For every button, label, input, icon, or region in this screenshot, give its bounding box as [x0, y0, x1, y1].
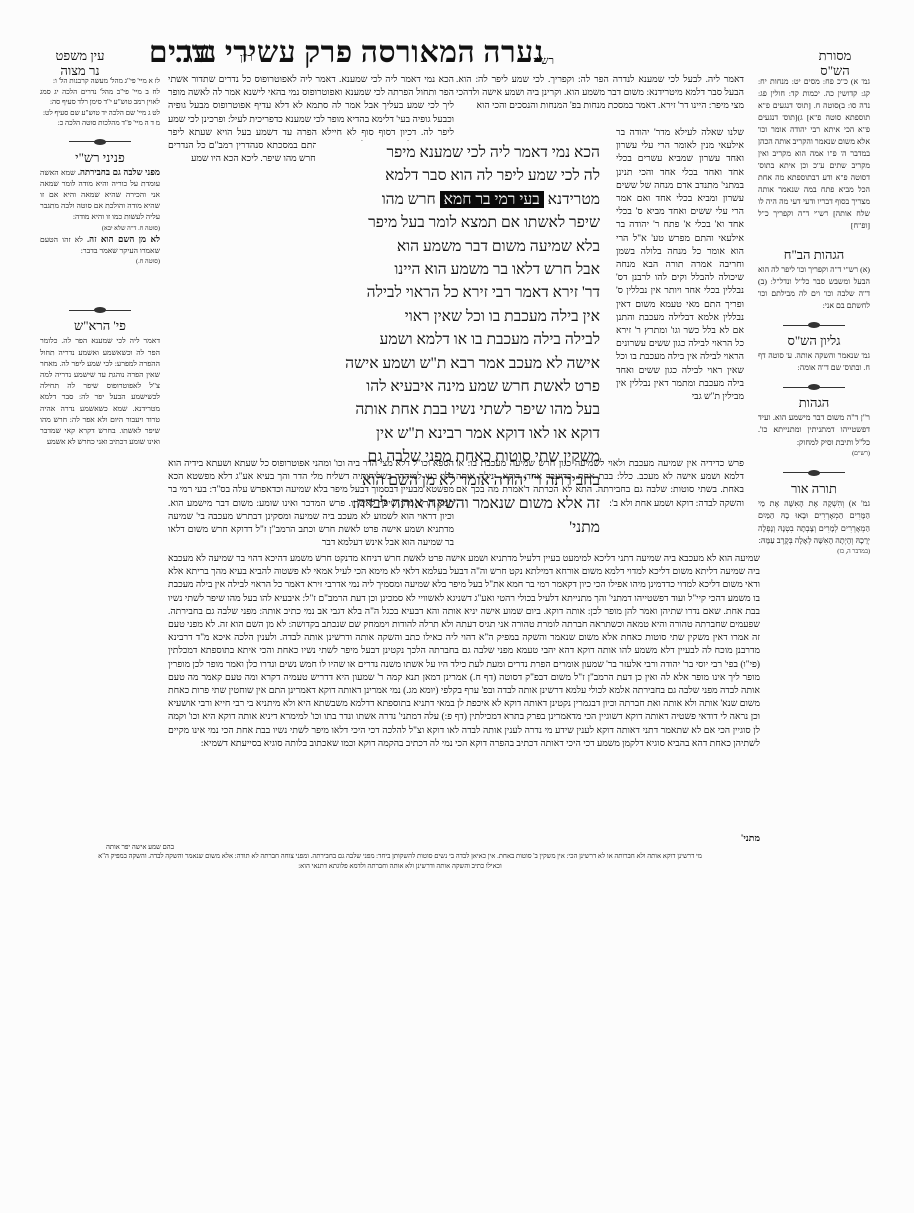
gemara-line: שיפר לאשתו אם תמצא לומר בעל מיפר [316, 211, 600, 234]
pi-harosh-title: פי' הרא"ש [40, 317, 160, 335]
pninei-lemma: מפני שלבה גם בחבירתה. [78, 167, 160, 177]
rashi-column: שלנו שאלה לעילא מדר' יהודה בר אילעאי מני… [616, 127, 744, 404]
gemara-word: מטרידנא [548, 191, 600, 208]
ein-mishpat-entry: לח ב מיי' פי"ב מהל' נדרים הלכה יג סמג לא… [40, 87, 160, 108]
ein-mishpat-entry: לט ג מיי' שם הלכה יד טוש"ע שם סעיף לט: [40, 108, 160, 119]
ein-mishpat-title-line1: עין משפט [40, 48, 120, 63]
footnote-line1: מי דרשינן דוקא אותה ולא חברותה או לא דרש… [44, 852, 756, 862]
pi-harosh-text: דאמר ליה לכי שמענא הפר לה. כלומר הפר לה … [40, 335, 160, 447]
hagahot-habach-title: הגהות הב"ח [758, 246, 870, 264]
gemara-line: בעל מהו שיפר לשתי נשיו בבת אחת אותה [316, 398, 600, 421]
masoret-hashas-title: מסורת הש"ס [800, 48, 870, 78]
gemara-word: חרש מהו [382, 191, 436, 208]
ran-tag: ר"ן [240, 52, 253, 64]
gemara-line: אבל חרש דלאו בר משמע הוא היינו [316, 258, 600, 281]
gemara-line: לה לכי שמע ליפר לה הוא סבר דלמא [316, 164, 600, 187]
torah-or-text: גמ' א) וְהִשְׁקָה אֶת הָאִשָּׁה אֶת מֵי … [758, 498, 870, 548]
ran-full-width-block: שמיעה הוא לא מעכבא ביה שמיעה דתני דליכא … [168, 553, 760, 833]
gemara-line: דוקא או לאו דוקא אמר רבינא ת"ש אין [316, 422, 600, 445]
ornament-divider-icon [783, 322, 845, 328]
hagahot-source: (רש"ם) [758, 449, 870, 460]
gemara-line: פרט לאשת חרש שמע מינה איבעיא להו [316, 375, 600, 398]
pninei-rashi-entry: לא מן השם הוא זה. לא זהו הטעם שאמרו העיק… [40, 234, 160, 268]
ein-mishpat-title: עין משפט נר מצוה [40, 48, 120, 78]
gemara-line: אין בילה מעכבת בו וכל שאין ראוי [316, 305, 600, 328]
footnote-line2: וכאילו כתיב והשקה אותה ודרשינן ולא אותה … [44, 862, 756, 872]
ornament-divider-icon [69, 139, 131, 145]
right-margin: גמ' א) כ"כ פח: מסים יט: מנחות יח: קג: קד… [758, 76, 870, 558]
gemara-line: אישה לא מעכב אמר רבא ת"ש ושמע אישה [316, 352, 600, 375]
pninei-source: (סוטה ח.) [40, 256, 160, 267]
gemara-line: דר' זירא דאמר רבי זירא כל הראוי לבילה [316, 281, 600, 304]
gemara-line: הכא נמי דאמר ליה לכי שמענא מיפר [316, 141, 600, 164]
pninei-rashi-title: פניני רש"י [40, 149, 160, 167]
hagahot-text: ר"ן ד"ה משום דבר מישמע הוא. ועיד דפשטייה… [758, 412, 870, 449]
ein-mishpat-entry: מ ד ה מיי' פ"ד מהלכות סוטה הלכה כ: [40, 118, 160, 129]
rashi-top-block: דאמר ליה. לבעל לכי שמענא לנדרה הפר לה: ו… [456, 74, 744, 114]
folio-number: עג. [175, 36, 211, 70]
gemara-line: בלא שמיעה משום דבר משמע הוא [316, 235, 600, 258]
ein-mishpat-entries: לז א מיי' פי"ג מהל' מעשה קרבנות הל' ו: ל… [40, 76, 160, 129]
ein-mishpat-entry: לז א מיי' פי"ג מהל' מעשה קרבנות הל' ו: [40, 76, 160, 87]
ornament-divider-icon [783, 384, 845, 390]
masoret-hashas-text: גמ' א) כ"כ פח: מסים יט: מנחות יח: קג: קד… [758, 76, 870, 232]
pninei-source: (סוטה ח. ד"ה שלא יבא) [40, 223, 160, 234]
torah-or-title: תורה אור [758, 480, 870, 498]
mathni-marker: מתני' [590, 833, 760, 846]
gilyon-hashas-title: גליון הש"ס [758, 332, 870, 350]
ran-middle-block: הספא וכו"ל דלא מצי הדר ביה וכו' ומהני אפ… [168, 458, 454, 550]
ornament-divider-icon [69, 307, 131, 313]
gilyon-hashas-text: גמ' שנאמר והשקה אותה. ע' סוטה דף ח. ובתו… [758, 350, 870, 374]
pninei-lemma: לא מן השם הוא זה. [87, 234, 160, 244]
gemara-line: מטרידנא בעי רמי בר חמא חרש מהו [316, 188, 600, 211]
left-margin: לז א מיי' פי"ג מהל' מעשה קרבנות הל' ו: ל… [40, 76, 160, 447]
highlighted-phrase[interactable]: בעי רמי בר חמא [440, 191, 544, 208]
pninei-rashi-entry: מפני שלבה גם בחבירתה. שמא האשה עומדת על … [40, 167, 160, 234]
masoret-title-line1: מסורת [800, 48, 870, 63]
torah-or-source: (במדבר ה, כז) [758, 547, 870, 558]
rashi-middle-block: פרש כדידיה אין שמיעה מעכבת ולאוי לשמיעה … [456, 458, 744, 550]
gemara-line: לבילה בילה מעכבת בו או דלמא ושמע [316, 328, 600, 351]
ornament-divider-icon [783, 470, 845, 476]
hagahot-title: הגהות [758, 394, 870, 412]
hagahot-habach-text: (א) רש"י ד"ה וקפריך וכו' ליפר לה הוא הבע… [758, 264, 870, 312]
